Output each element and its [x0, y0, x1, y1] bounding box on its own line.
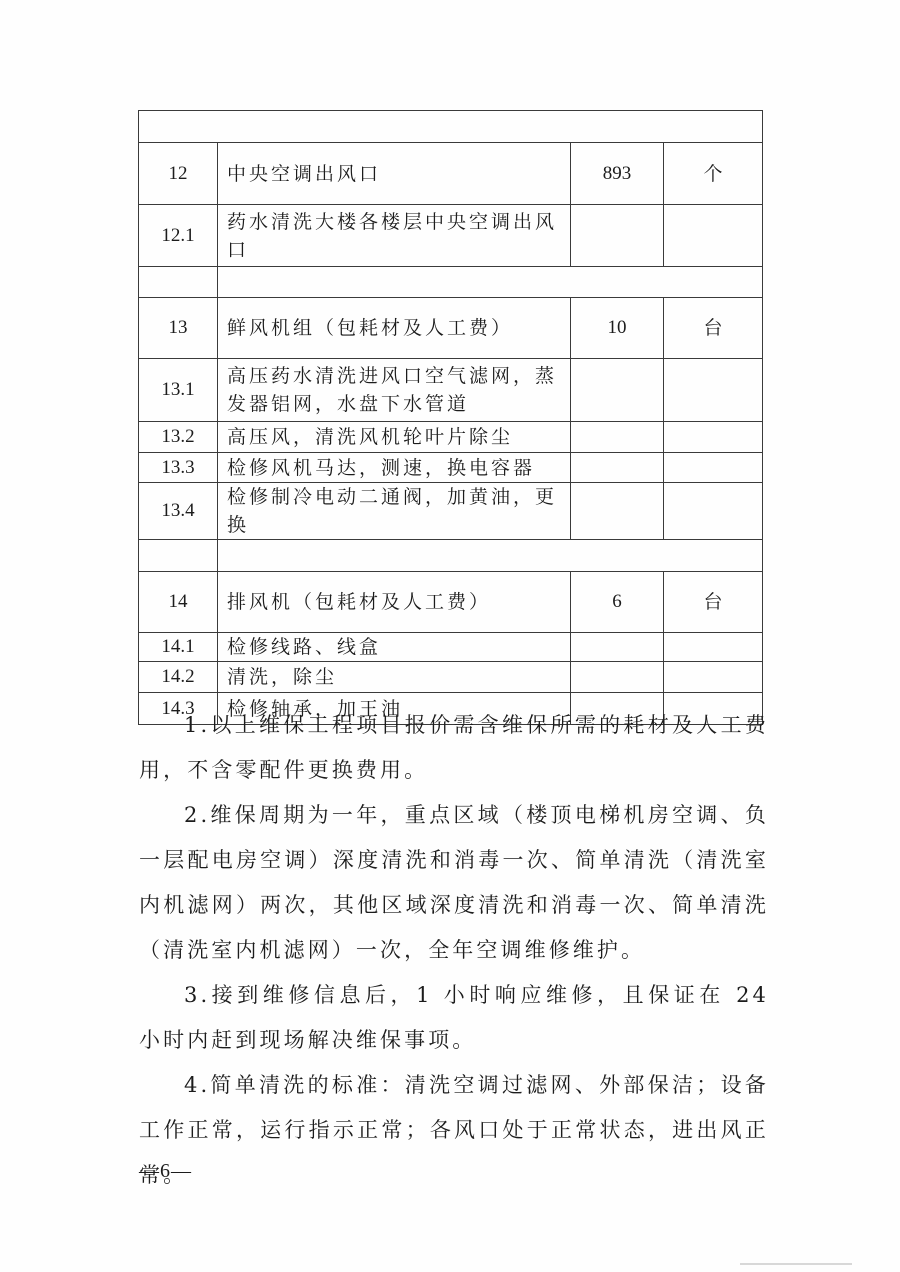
note-4: 4.简单清洗的标准：清洗空调过滤网、外部保洁；设备工作正常，运行指示正常；各风口…: [139, 1063, 769, 1198]
item-unit: [664, 453, 763, 483]
item-number: 13.3: [139, 453, 218, 483]
notes-section: 1.以上维保工程项目报价需含维保所需的耗材及人工费用，不含零配件更换费用。 2.…: [139, 703, 769, 1198]
note-3: 3.接到维修信息后，1 小时响应维修，且保证在 24 小时内赶到现场解决维保事项…: [139, 973, 769, 1063]
table-row-blank: [139, 111, 763, 143]
item-unit: [664, 205, 763, 267]
note-1: 1.以上维保工程项目报价需含维保所需的耗材及人工费用，不含零配件更换费用。: [139, 703, 769, 793]
item-unit: [664, 633, 763, 662]
item-number: 12: [139, 143, 218, 205]
item-description: 检修风机马达，测速，换电容器: [218, 453, 571, 483]
table-row: 14.1 检修线路、线盒: [139, 633, 763, 662]
page-number: —6—: [139, 1160, 192, 1183]
item-number: 14.1: [139, 633, 218, 662]
item-quantity: [571, 453, 664, 483]
blank-cell: [139, 111, 763, 143]
table-row: 13.2 高压风，清洗风机轮叶片除尘: [139, 422, 763, 453]
item-number: 13.2: [139, 422, 218, 453]
item-number: 13: [139, 298, 218, 359]
item-quantity: [571, 359, 664, 422]
item-unit: 个: [664, 143, 763, 205]
item-unit: [664, 483, 763, 540]
table-row: 13.3 检修风机马达，测速，换电容器: [139, 453, 763, 483]
blank-cell: [139, 267, 218, 298]
table-row: 13 鲜风机组（包耗材及人工费） 10 台: [139, 298, 763, 359]
item-quantity: 893: [571, 143, 664, 205]
item-description: 排风机（包耗材及人工费）: [218, 572, 571, 633]
table-row: 13.1 高压药水清洗进风口空气滤网，蒸发器铝网，水盘下水管道: [139, 359, 763, 422]
item-unit: [664, 359, 763, 422]
item-unit: 台: [664, 298, 763, 359]
item-number: 12.1: [139, 205, 218, 267]
item-number: 13.4: [139, 483, 218, 540]
document-page: 12 中央空调出风口 893 个 12.1 药水清洗大楼各楼层中央空调出风口 1…: [0, 0, 900, 1272]
item-quantity: [571, 633, 664, 662]
item-number: 13.1: [139, 359, 218, 422]
table-row-blank: [139, 540, 763, 572]
table-row: 14.2 清洗，除尘: [139, 662, 763, 693]
item-unit: [664, 662, 763, 693]
maintenance-items-table: 12 中央空调出风口 893 个 12.1 药水清洗大楼各楼层中央空调出风口 1…: [138, 110, 763, 725]
table-row: 12.1 药水清洗大楼各楼层中央空调出风口: [139, 205, 763, 267]
blank-cell: [218, 267, 763, 298]
item-quantity: [571, 422, 664, 453]
table-row: 13.4 检修制冷电动二通阀，加黄油，更换: [139, 483, 763, 540]
item-quantity: 6: [571, 572, 664, 633]
item-quantity: [571, 205, 664, 267]
item-unit: 台: [664, 572, 763, 633]
table-row-blank: [139, 267, 763, 298]
blank-cell: [218, 540, 763, 572]
item-description: 高压药水清洗进风口空气滤网，蒸发器铝网，水盘下水管道: [218, 359, 571, 422]
item-description: 检修线路、线盒: [218, 633, 571, 662]
item-number: 14: [139, 572, 218, 633]
blank-cell: [139, 540, 218, 572]
item-description: 中央空调出风口: [218, 143, 571, 205]
item-quantity: [571, 662, 664, 693]
scan-artifact-line: [740, 1263, 852, 1265]
item-description: 药水清洗大楼各楼层中央空调出风口: [218, 205, 571, 267]
item-number: 14.2: [139, 662, 218, 693]
note-2: 2.维保周期为一年，重点区域（楼顶电梯机房空调、负一层配电房空调）深度清洗和消毒…: [139, 793, 769, 973]
item-quantity: [571, 483, 664, 540]
item-description: 清洗，除尘: [218, 662, 571, 693]
item-description: 检修制冷电动二通阀，加黄油，更换: [218, 483, 571, 540]
item-unit: [664, 422, 763, 453]
item-description: 高压风，清洗风机轮叶片除尘: [218, 422, 571, 453]
item-quantity: 10: [571, 298, 664, 359]
item-description: 鲜风机组（包耗材及人工费）: [218, 298, 571, 359]
table-row: 14 排风机（包耗材及人工费） 6 台: [139, 572, 763, 633]
table-row: 12 中央空调出风口 893 个: [139, 143, 763, 205]
